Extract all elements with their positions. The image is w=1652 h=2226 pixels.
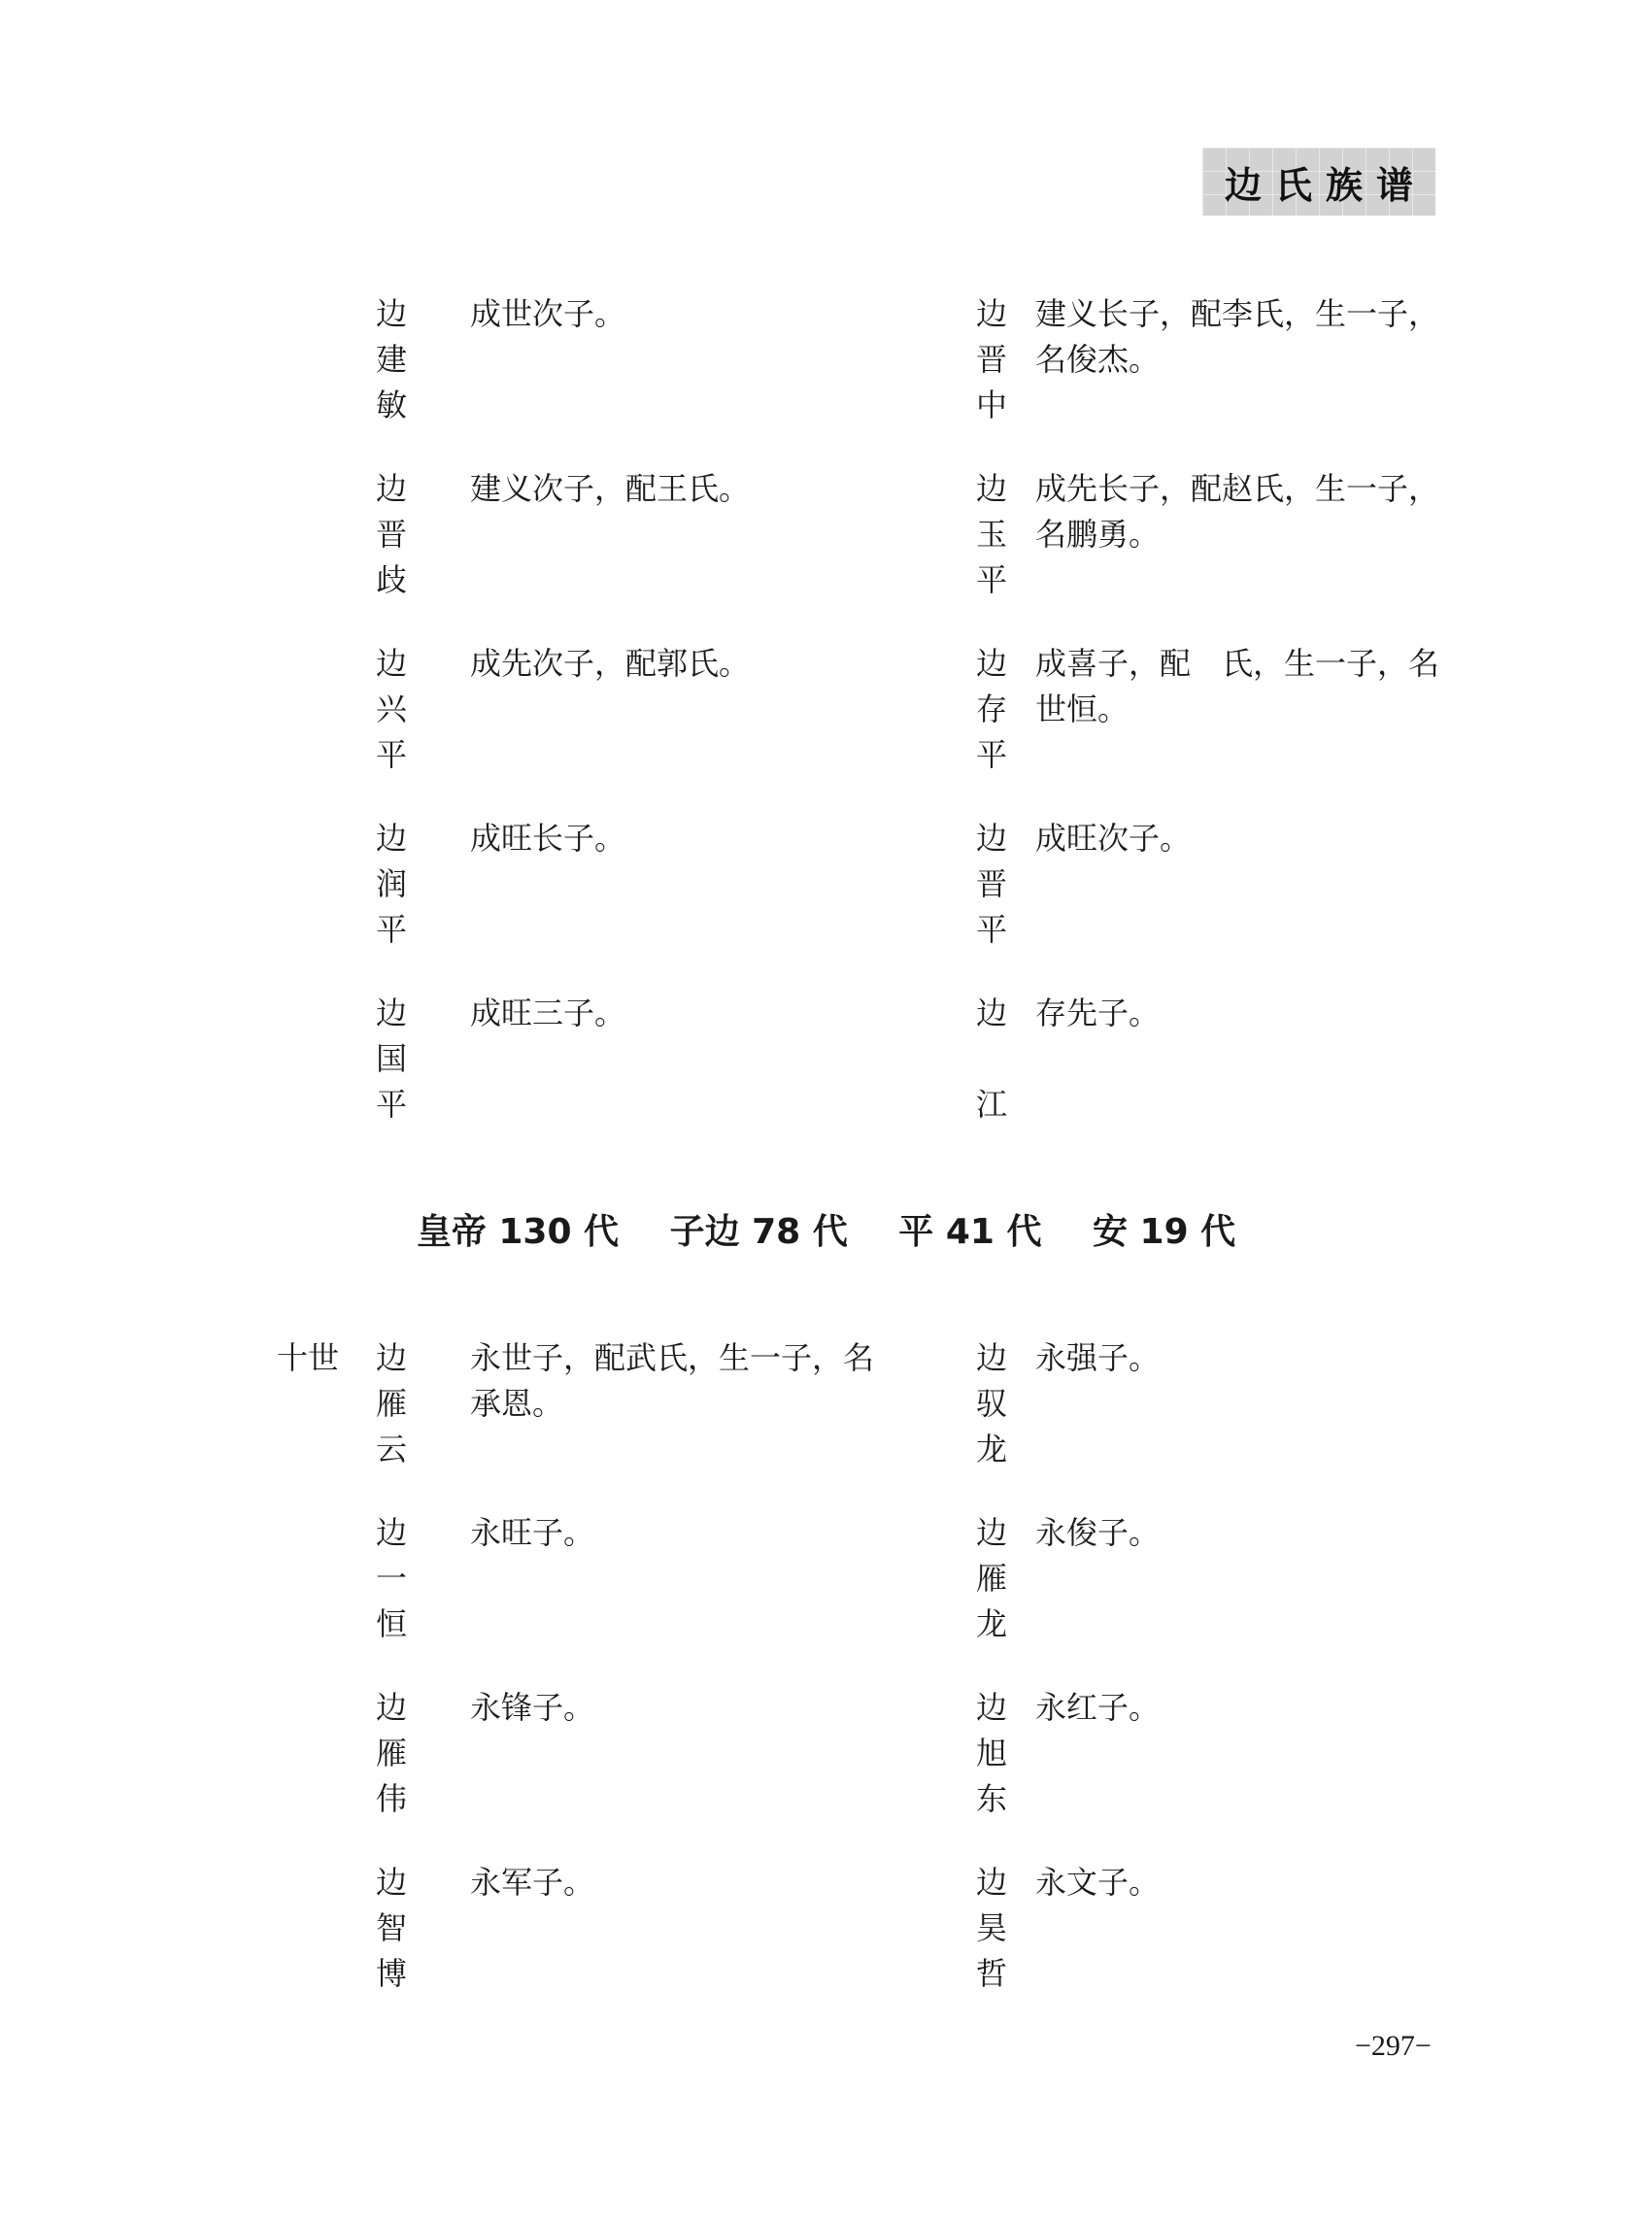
person-description: 成世次子。 (470, 291, 897, 337)
name-character: 边 (372, 1860, 411, 1906)
person-name-vertical: 边国平 (372, 991, 411, 1128)
name-character: 云 (372, 1427, 411, 1472)
name-character: 边 (972, 991, 1011, 1036)
person-description: 永强子。 (1035, 1335, 1443, 1381)
name-character: 边 (372, 291, 411, 337)
person-name-vertical: 边雁伟 (372, 1685, 411, 1822)
person-name-vertical: 边智博 (372, 1860, 411, 1997)
person-description: 存先子。 (1035, 991, 1443, 1036)
person-name-vertical: 边旭东 (972, 1685, 1011, 1822)
name-character: 博 (372, 1951, 411, 1997)
person-description: 建义长子，配李氏，生一子，名俊杰。 (1035, 291, 1443, 383)
person-description: 建义次子，配王氏。 (470, 466, 897, 512)
name-character: 平 (972, 907, 1011, 953)
name-character: 边 (972, 641, 1011, 687)
name-character: 歧 (372, 557, 411, 603)
name-character: 晋 (972, 337, 1011, 383)
person-description: 永旺子。 (470, 1510, 897, 1556)
name-character: 昊 (972, 1906, 1011, 1951)
person-name-vertical: 边晋歧 (372, 466, 411, 603)
name-character: 平 (972, 557, 1011, 603)
person-name-vertical: 边晋平 (972, 816, 1011, 953)
name-character: 旭 (972, 1731, 1011, 1776)
person-name-vertical: 边雁云 (372, 1335, 411, 1472)
generation-heading: 皇帝 130 代 子边 78 代 平 41 代 安 19 代 (0, 1204, 1652, 1254)
name-character: 边 (372, 466, 411, 512)
name-character: 雁 (372, 1381, 411, 1427)
name-character: 一 (372, 1556, 411, 1602)
name-character: 玉 (972, 512, 1011, 557)
name-character (972, 1036, 1011, 1082)
generation-heading-an: 安 19 代 (1093, 1212, 1235, 1252)
name-character: 存 (972, 687, 1011, 732)
person-name-vertical: 边兴平 (372, 641, 411, 778)
name-character: 晋 (972, 861, 1011, 907)
name-character: 平 (372, 732, 411, 778)
person-description: 永俊子。 (1035, 1510, 1443, 1556)
name-character: 边 (972, 1860, 1011, 1906)
name-character: 边 (372, 641, 411, 687)
person-description: 成喜子，配 氏，生一子，名世恒。 (1035, 641, 1443, 732)
person-description: 永锋子。 (470, 1685, 897, 1731)
name-character: 边 (972, 1685, 1011, 1731)
person-description: 成旺三子。 (470, 991, 897, 1036)
name-character: 边 (972, 291, 1011, 337)
name-character: 边 (372, 1685, 411, 1731)
book-title-banner: 边氏族谱 (1202, 148, 1435, 216)
name-character: 国 (372, 1036, 411, 1082)
name-character: 哲 (972, 1951, 1011, 1997)
name-character: 平 (372, 1082, 411, 1128)
person-description: 成旺长子。 (470, 816, 897, 861)
name-character: 边 (972, 1335, 1011, 1381)
name-character: 兴 (372, 687, 411, 732)
name-character: 恒 (372, 1602, 411, 1647)
name-character: 敏 (372, 383, 411, 428)
name-character: 平 (372, 907, 411, 953)
name-character: 江 (972, 1082, 1011, 1128)
name-character: 晋 (372, 512, 411, 557)
person-name-vertical: 边雁龙 (972, 1510, 1011, 1647)
person-name-vertical: 边润平 (372, 816, 411, 953)
name-character: 润 (372, 861, 411, 907)
person-name-vertical: 边一恒 (372, 1510, 411, 1647)
page-number: −297− (1355, 2030, 1432, 2063)
name-character: 龙 (972, 1602, 1011, 1647)
person-name-vertical: 边建敏 (372, 291, 411, 428)
name-character: 建 (372, 337, 411, 383)
person-description: 永红子。 (1035, 1685, 1443, 1731)
name-character: 边 (372, 1335, 411, 1381)
person-name-vertical: 边存平 (972, 641, 1011, 778)
name-character: 东 (972, 1776, 1011, 1822)
person-name-vertical: 边昊哲 (972, 1860, 1011, 1997)
person-description: 成先长子，配赵氏，生一子，名鹏勇。 (1035, 466, 1443, 557)
name-character: 雁 (372, 1731, 411, 1776)
name-character: 伟 (372, 1776, 411, 1822)
person-name-vertical: 边驭龙 (972, 1335, 1011, 1472)
person-description: 成先次子，配郭氏。 (470, 641, 897, 687)
name-character: 边 (372, 991, 411, 1036)
name-character: 中 (972, 383, 1011, 428)
generation-heading-emperor: 皇帝 130 代 (417, 1212, 619, 1252)
person-description: 成旺次子。 (1035, 816, 1443, 861)
generation-label: 十世 (277, 1335, 339, 1381)
person-name-vertical: 边江 (972, 991, 1011, 1128)
person-name-vertical: 边玉平 (972, 466, 1011, 603)
person-description: 永世子，配武氏，生一子，名承恩。 (470, 1335, 897, 1427)
name-character: 智 (372, 1906, 411, 1951)
book-title: 边氏族谱 (1211, 155, 1427, 209)
name-character: 边 (972, 1510, 1011, 1556)
name-character: 雁 (972, 1556, 1011, 1602)
name-character: 驭 (972, 1381, 1011, 1427)
name-character: 边 (972, 466, 1011, 512)
name-character: 边 (372, 816, 411, 861)
name-character: 边 (972, 816, 1011, 861)
person-description: 永文子。 (1035, 1860, 1443, 1906)
person-description: 永军子。 (470, 1860, 897, 1906)
name-character: 平 (972, 732, 1011, 778)
name-character: 边 (372, 1510, 411, 1556)
name-character: 龙 (972, 1427, 1011, 1472)
generation-heading-bian: 子边 78 代 (670, 1212, 848, 1252)
generation-heading-ping: 平 41 代 (898, 1212, 1041, 1252)
person-name-vertical: 边晋中 (972, 291, 1011, 428)
